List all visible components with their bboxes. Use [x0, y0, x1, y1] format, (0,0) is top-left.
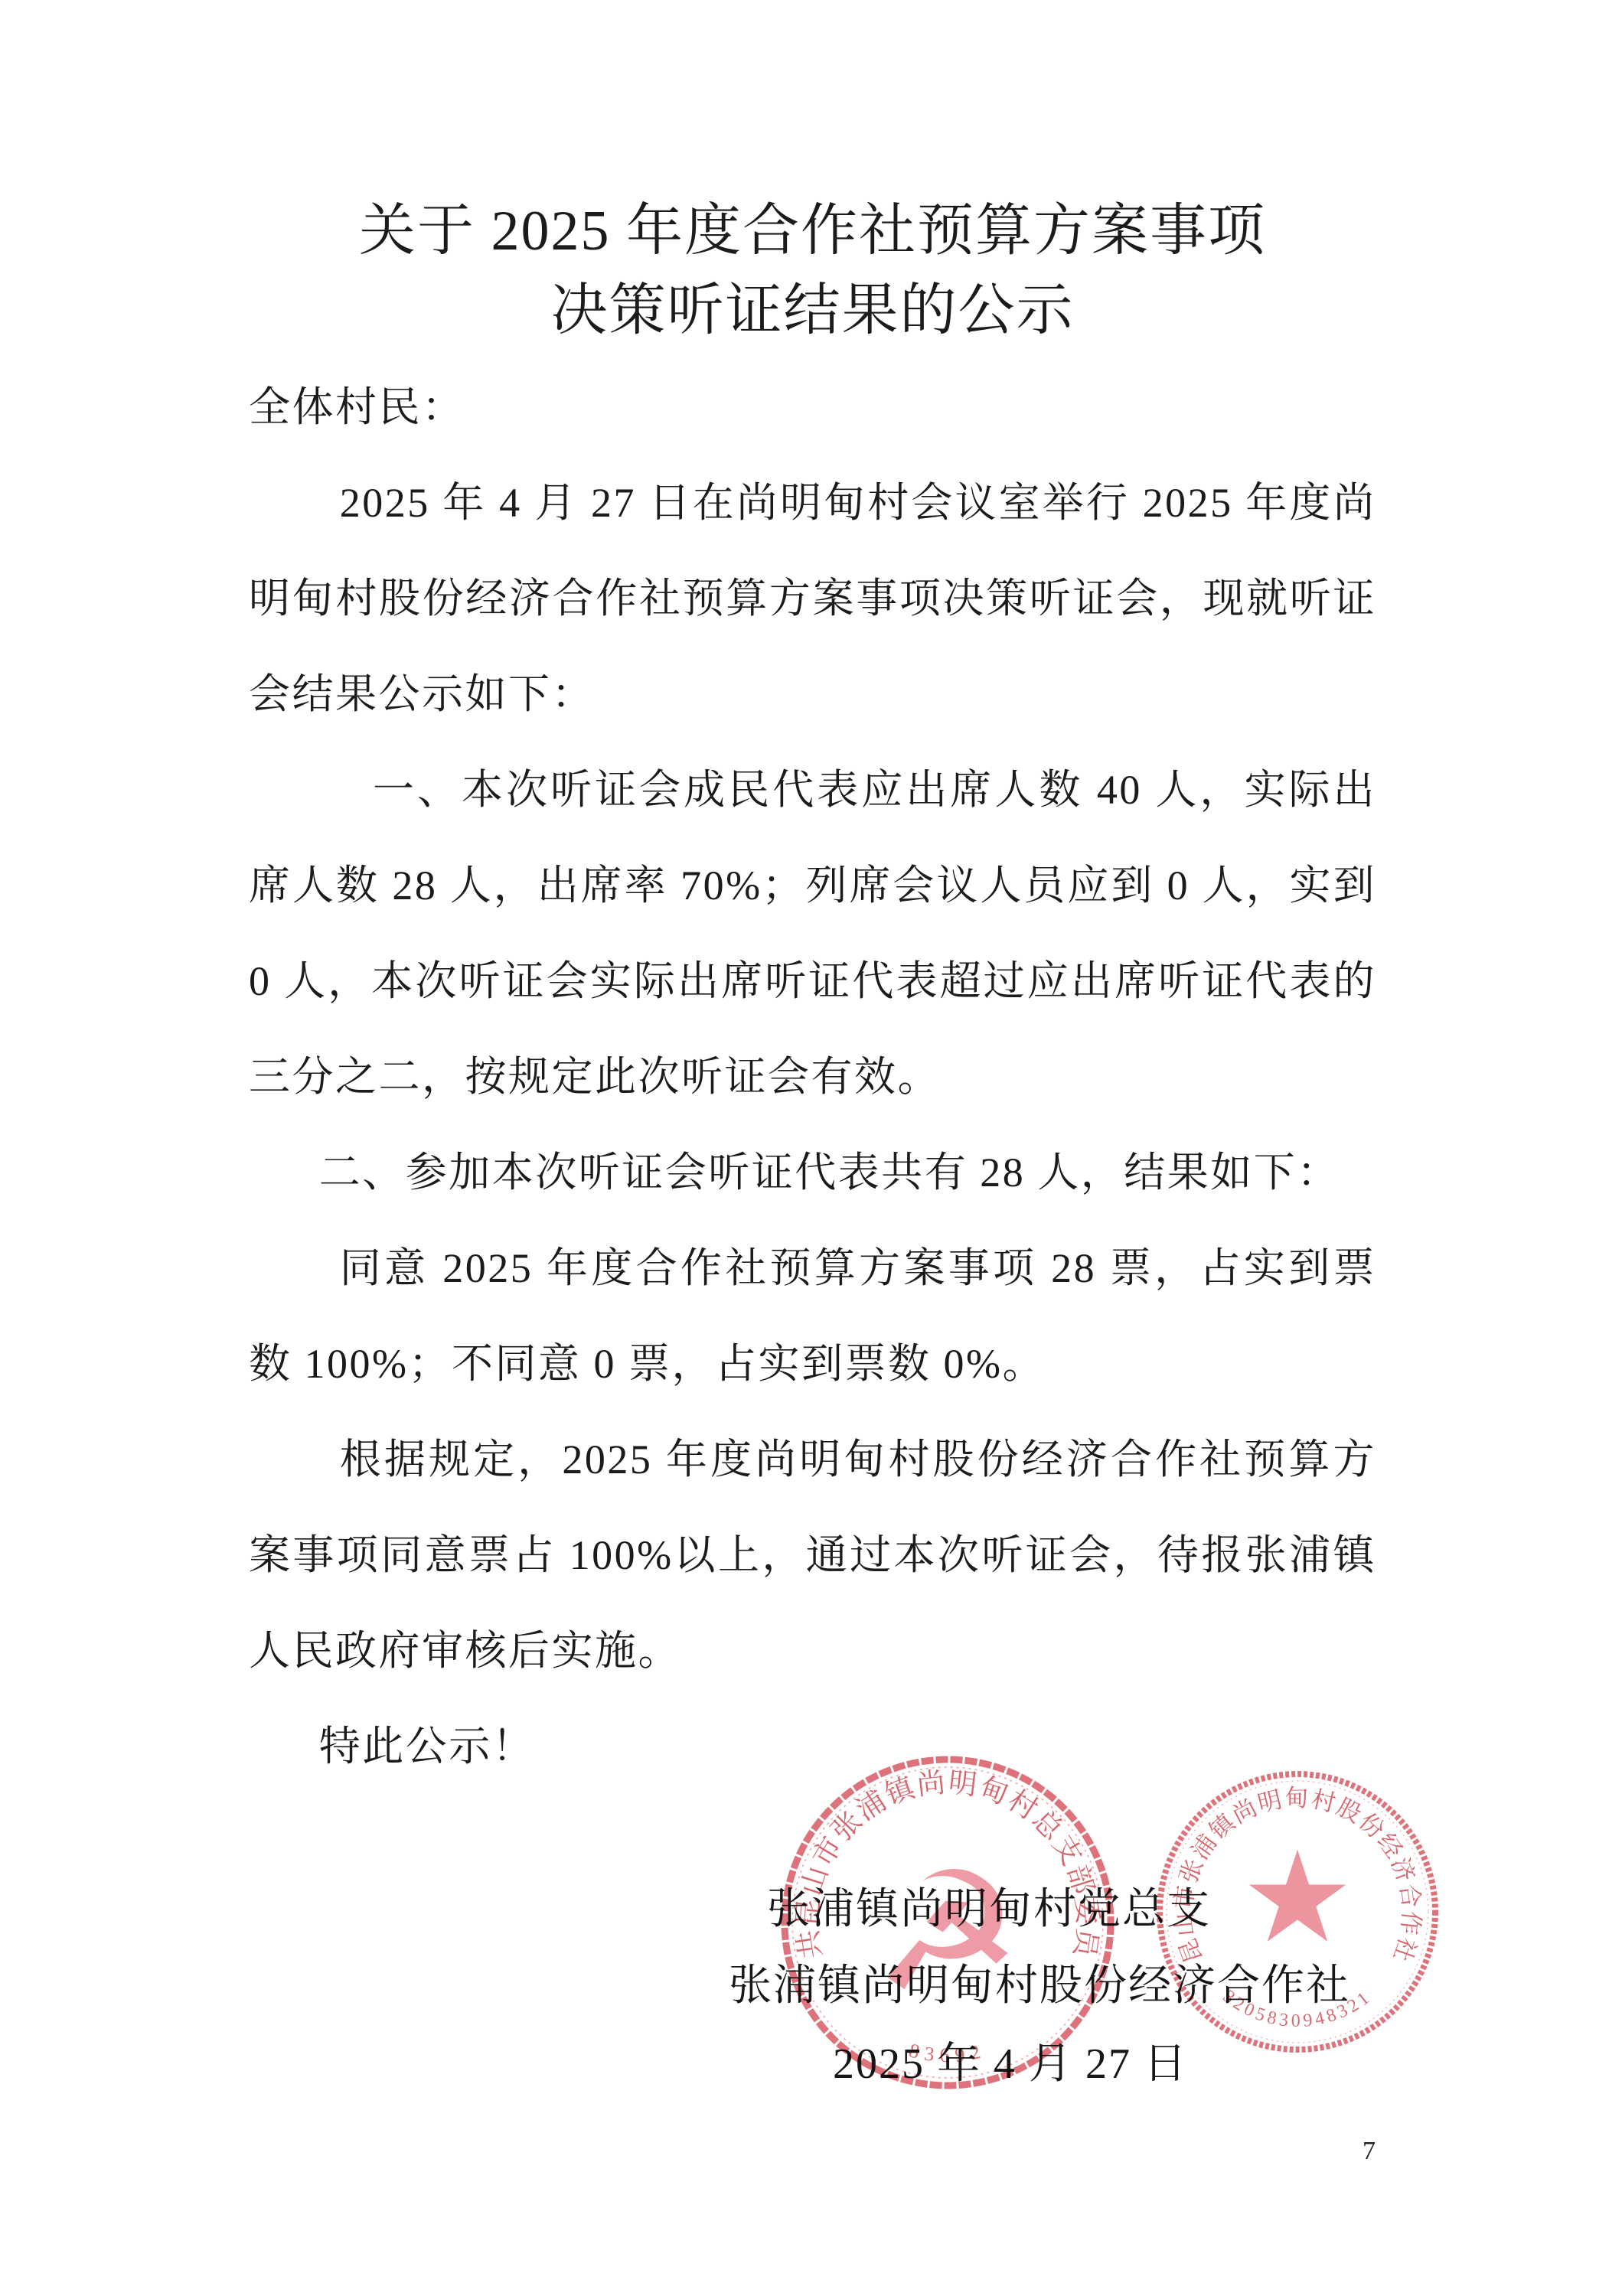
- coop-seal: 昆山市张浦镇尚明甸村股份经济合作社 ★ 3205830948321: [1152, 1766, 1443, 2057]
- svg-text:3205830948321: 3205830948321: [1219, 1987, 1376, 2031]
- document-body: 全体村民： 2025 年 4 月 27 日在尚明甸村会议室举行 2025 年度尚…: [249, 360, 1376, 1795]
- paragraph: 同意 2025 年度合作社预算方案事项 28 票，占实到票数 100%；不同意 …: [249, 1221, 1376, 1412]
- svg-text:83692: 83692: [907, 2039, 988, 2066]
- document-title-line-2: 决策听证结果的公示: [551, 279, 1075, 342]
- document-page: 关于 2025 年度合作社预算方案事项 决策听证结果的公示 全体村民： 2025…: [0, 0, 1622, 2296]
- document-title: 关于 2025 年度合作社预算方案事项 决策听证结果的公示: [249, 191, 1376, 351]
- paragraph: 二、参加本次听证会听证代表共有 28 人，结果如下：: [249, 1125, 1376, 1221]
- coop-seal-code: 3205830948321: [1219, 1987, 1376, 2031]
- party-seal: 中共昆山市张浦镇尚明甸村总支部委员会 ☭ 83692: [775, 1750, 1120, 2095]
- hammer-sickle-icon: ☭: [874, 1836, 1022, 2028]
- paragraph: 根据规定，2025 年度尚明甸村股份经济合作社预算方案事项同意票占 100%以上…: [249, 1412, 1376, 1699]
- star-icon: ★: [1241, 1824, 1354, 1971]
- salutation: 全体村民：: [249, 360, 1376, 455]
- document-title-line-1: 关于 2025 年度合作社预算方案事项: [359, 200, 1266, 263]
- document-content: 关于 2025 年度合作社预算方案事项 决策听证结果的公示 全体村民： 2025…: [249, 0, 1376, 1795]
- party-seal-code: 83692: [907, 2039, 988, 2066]
- page-number: 7: [1363, 2137, 1376, 2166]
- paragraph: 一、本次听证会成民代表应出席人数 40 人，实际出席人数 28 人，出席率 70…: [249, 742, 1376, 1125]
- paragraph: 2025 年 4 月 27 日在尚明甸村会议室举行 2025 年度尚明甸村股份经…: [249, 455, 1376, 742]
